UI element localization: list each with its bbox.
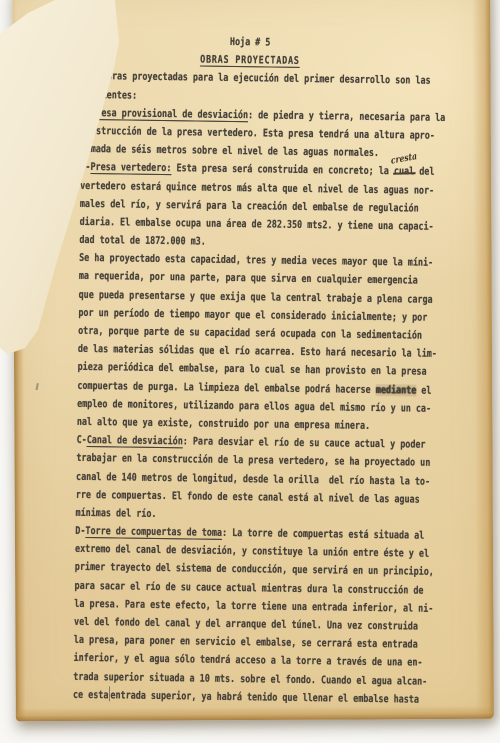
line-segment: : de piedra y tierra, necesaria para la [248,109,445,124]
line-segment: Esta presa será construida en concreto; … [171,162,394,177]
line-segment: la presa. Para este efecto, la torre tie… [74,598,433,615]
line-segment: cualcresta [394,166,414,178]
line-segment: el [416,384,431,396]
line-segment: ma requerida, por una parte, para que si… [79,270,418,287]
page-edge-right [472,0,494,719]
section-heading: Canal de desviación [87,434,183,447]
line-segment: de las materias sólidas que el río acarr… [78,343,437,360]
line-segment: ximada de séis metros sobre el nivel de … [81,143,380,159]
line-segment: otra, porque parte de su capacidad será … [78,325,422,342]
pencil-mark [35,383,38,390]
line-segment: trada superior situada a 10 mts. sobre e… [73,670,427,687]
line-segment: rre de compuertas. El fondo de este cana… [76,489,420,506]
line-segment: por un período de tiempo mayor que el co… [78,307,427,324]
line-segment: : Para desviar el río de su cauce actual… [183,435,426,450]
line-segment: Se ha proyectado esta capacidad, tres y … [79,252,433,269]
handwritten-correction: cresta [391,152,418,167]
line-segment: nal alto que ya existe, construido por u… [77,416,370,432]
line-segment: trabajar en la construcción de la presa … [76,452,430,469]
line-segment: males del río, y servirá para la creació… [80,198,419,215]
section-heading: Torre de compuertas de toma [85,525,222,539]
line-segment: entrada superior, ya habrá tenido que ll… [110,689,419,705]
document-lines: Las obras proyectadas para la ejecución … [73,67,466,709]
line-segment: primer trayecto del sistema de conducció… [75,561,434,578]
scanned-document: Hoja # 5 OBRAS PROYECTADAS Las obras pro… [0,0,500,743]
line-segment: ce esta [73,689,109,701]
line-segment: mediante [376,384,417,397]
line-segment: D- [75,525,85,537]
line-segment: para sacar el río de su cauce actual mie… [74,579,423,596]
line-segment: la presa, para poner en servicio el emba… [74,634,418,651]
line-segment: Las obras proyectadas para la ejecución … [82,70,431,87]
line-segment: inferior, y el agua sólo tendrá acceso a… [73,652,422,669]
line-segment: construcción de la presa vertedero. Esta… [81,125,435,142]
line-segment: mínimas del río. [76,507,157,520]
line-segment: dad total de 1872.000 m3. [79,234,206,248]
line-segment: diaria. El embalse ocupa una área de 282… [80,216,434,233]
line-segment: vel del fondo del canal y del arranque d… [74,616,418,633]
line-segment: vertedero estará quince metros más alta … [80,179,434,196]
section-heading: Presa vertedero: [90,161,171,174]
line-segment: canal de 140 metros de longitud, desde l… [76,470,430,487]
line-segment: : La torre de compuertas está situada al [222,527,424,542]
line-segment: pieza periódica del embalse, para lo cua… [78,361,427,378]
line-segment: del [414,166,434,178]
line-segment: extremo del canal de desviación, y const… [75,543,429,560]
section-heading: Presa provisional de desviación [91,107,248,121]
document-text: Hoja # 5 OBRAS PROYECTADAS Las obras pro… [73,31,466,709]
line-segment: que pueda presentarse y que exija que la… [79,288,433,305]
line-segment: compuertas de purga. La limpieza del emb… [77,379,376,395]
line-segment: C- [77,434,87,446]
line-segment: empleo de monitores, utilizando para ell… [77,398,431,415]
